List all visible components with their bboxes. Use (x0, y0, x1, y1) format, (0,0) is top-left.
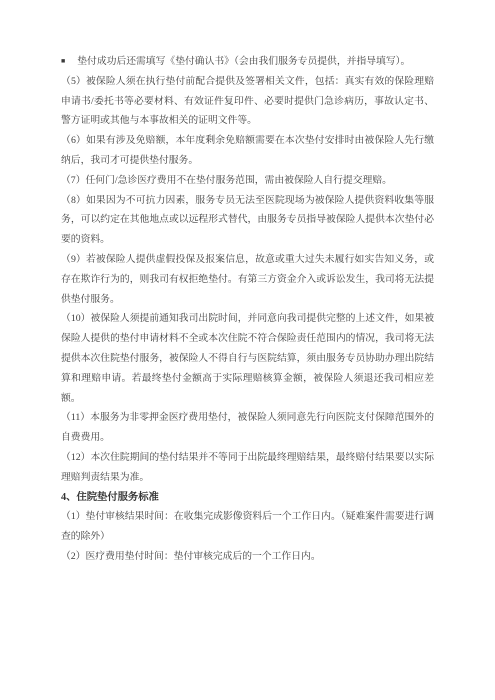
square-bullet-icon: ■ (61, 52, 65, 72)
standard-item-2: （2）医疗费用垫付时间：垫付审核完成后的一个工作日内。 (61, 547, 434, 567)
clause-8: （8）如果因为不可抗力因素，服务专员无法至医院现场为被保险人提供资料收集等服务，… (61, 191, 434, 250)
clause-12: （12）本次住院期间的垫付结果并不等同于出院最终理赔结果，最终赔付结果要以实际理… (61, 448, 434, 488)
bullet-item-text: 垫付成功后还需填写《垫付确认书》（会由我们服务专员提供，并指导填写）。 (77, 56, 410, 67)
clause-11: （11）本服务为非零押金医疗费用垫付，被保险人须同意先行向医院支付保障范围外的自… (61, 408, 434, 448)
document-body: ■垫付成功后还需填写《垫付确认书》（会由我们服务专员提供，并指导填写）。 （5）… (61, 52, 434, 567)
clause-9: （9）若被保险人提供虚假投保及报案信息，故意或重大过失未履行如实告知义务，或存在… (61, 250, 434, 309)
document-page: ■垫付成功后还需填写《垫付确认书》（会由我们服务专员提供，并指导填写）。 （5）… (0, 0, 495, 700)
section-heading: 4、住院垫付服务标准 (61, 488, 434, 508)
clause-5: （5）被保险人须在执行垫付前配合提供及签署相关文件，包括：真实有效的保险理赔申请… (61, 72, 434, 131)
clause-6: （6）如果有涉及免赔额，本年度剩余免赔额需要在本次垫付安排时由被保险人先行缴纳后… (61, 131, 434, 171)
bullet-item: ■垫付成功后还需填写《垫付确认书》（会由我们服务专员提供，并指导填写）。 (61, 52, 434, 72)
standard-item-1: （1）垫付审核结果时间：在收集完成影像资料后一个工作日内。（疑难案件需要进行调查… (61, 507, 434, 547)
clause-7: （7）任何门/急诊医疗费用不在垫付服务范围，需由被保险人自行提交理赔。 (61, 171, 434, 191)
clause-10: （10）被保险人须提前通知我司出院时间，并同意向我司提供完整的上述文件，如果被保… (61, 309, 434, 408)
